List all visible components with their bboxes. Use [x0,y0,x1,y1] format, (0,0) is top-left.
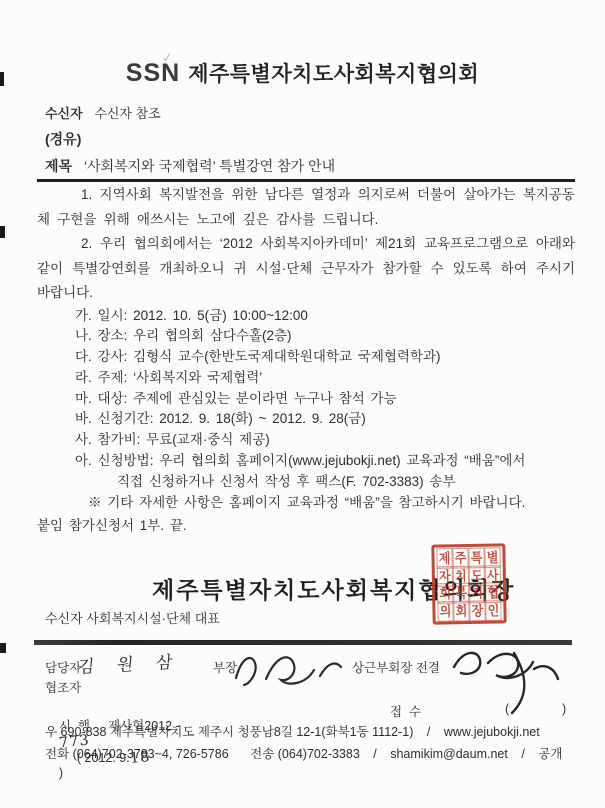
list-item-place: 나. 장소: 우리 협의회 삼다수홀(2층) [75,326,575,347]
letter-body: 1. 지역사회 복지발전을 위한 남다른 열정과 의지로써 더불어 살아가는 복… [37,183,575,536]
letterhead: SSN ✓ 제주특별자치도사회복지협의회 [0,58,605,88]
subject-line: 제목 ‘사회복지와 국제협력’ 특별강연 참가 안내 [45,156,335,176]
approver-label: 상근부회장 전결 [352,658,440,676]
website-url: www.jejubokji.net [444,725,540,739]
list-item-date: 가. 일시: 2012. 10. 5(금) 10:00~12:00 [75,306,575,327]
receipt-paren-close: ) [562,702,566,716]
email-address: shamikim@daum.net [390,747,508,761]
seal-character: 회 [453,600,469,620]
postal-address: 우 690-838 제주특별자치도 제주시 청풍남8길 12-1(화북1동 11… [45,725,413,739]
list-item-fee: 사. 참가비: 무료(교재·중식 제공) [75,430,575,451]
dept-head-label: 부장 [213,658,237,676]
list-item-topic: 라. 주제: ‘사회복지와 국제협력’ [75,368,575,389]
manager-signature: 김 원 삼 [77,647,183,678]
separator-slash: / [427,725,430,739]
fax-number: 전송 (064)702-3383 [250,747,360,761]
list-item-apply-period: 바. 신청기간: 2012. 9. 18(화) ~ 2012. 9. 28(금) [75,409,575,430]
list-item-target: 마. 대상: 주제에 관심있는 분이라면 누구나 참석 가능 [75,389,575,410]
attachment-line: 붙임 참가신청서 1부. 끝. [37,515,575,536]
list-item-apply-method: 아. 신청방법: 우리 협의회 홈페이지(www.jejubokji.net) … [75,451,575,472]
exec-date-close: ) [59,766,63,780]
paragraph-2: 2. 우리 협의회에서는 ‘2012 사회복지아카데미’ 제21회 교육프로그램… [37,232,575,306]
scanned-document-page: SSN ✓ 제주특별자치도사회복지협의회 수신자 수신자 참조 (경유) 제목 … [0,0,605,808]
list-item-lecturer: 다. 강사: 김형식 교수(한반도국제대학원대학교 국제협력학과) [75,347,575,368]
recipient-bottom-line: 수신자 사회복지시설·단체 대표 [45,608,220,627]
subject-value: ‘사회복지와 국제협력’ 특별강연 참가 안내 [84,158,335,174]
via-line: (경유) [45,129,81,149]
cooperator-label: 협조자 [45,678,81,696]
receipt-paren-open: ( [505,702,509,716]
seal-character: 의 [437,600,453,620]
seal-character: 장 [469,600,485,620]
paragraph-1: 1. 지역사회 복지발전을 위한 남다른 열정과 의지로써 더불어 살아가는 복… [37,183,575,232]
official-seal-stamp: 제주특별자치도사회복지협의회장인 [431,543,506,624]
footer-divider-bar [34,640,572,645]
phone-numbers: 전화 (064)702-3783~4, 726-5786 [45,747,229,761]
separator-slash: / [373,747,376,761]
list-item-apply-method-cont: 직접 신청하거나 신청서 작성 후 팩스(F. 702-3383) 송부 [117,472,575,493]
phone-row: 전화 (064)702-3783~4, 726-5786 전송 (064)702… [45,744,575,762]
separator-slash: / [521,747,524,761]
seal-grid: 제주특별자치도사회복지협의회장인 [436,548,501,619]
list-item-note: ※ 기타 자세한 사항은 홈페이지 교육과정 “배움”을 참고하시기 바랍니다. [88,493,575,514]
scan-artifact [0,226,5,238]
subject-label: 제목 [45,158,72,174]
address-row: 우 690-838 제주특별자치도 제주시 청풍남8길 12-1(화북1동 11… [45,722,575,740]
ssn-logo: SSN ✓ [126,59,180,88]
seal-character: 인 [485,600,501,620]
recipient-value: 수신자 참조 [94,106,160,121]
recipient-label: 수신자 [45,106,83,121]
manager-label: 담당자 [45,658,81,676]
organization-name: 제주특별자치도사회복지협의회 [188,63,479,86]
scan-artifact [0,643,6,653]
check-icon: ✓ [161,49,175,67]
disclosure-status: 공개 [538,747,562,761]
recipient-line: 수신자 수신자 참조 [45,103,161,122]
dept-head-signature-icon [232,648,344,692]
receipt-label: 접 수 [390,702,421,720]
subject-underline [37,179,575,182]
